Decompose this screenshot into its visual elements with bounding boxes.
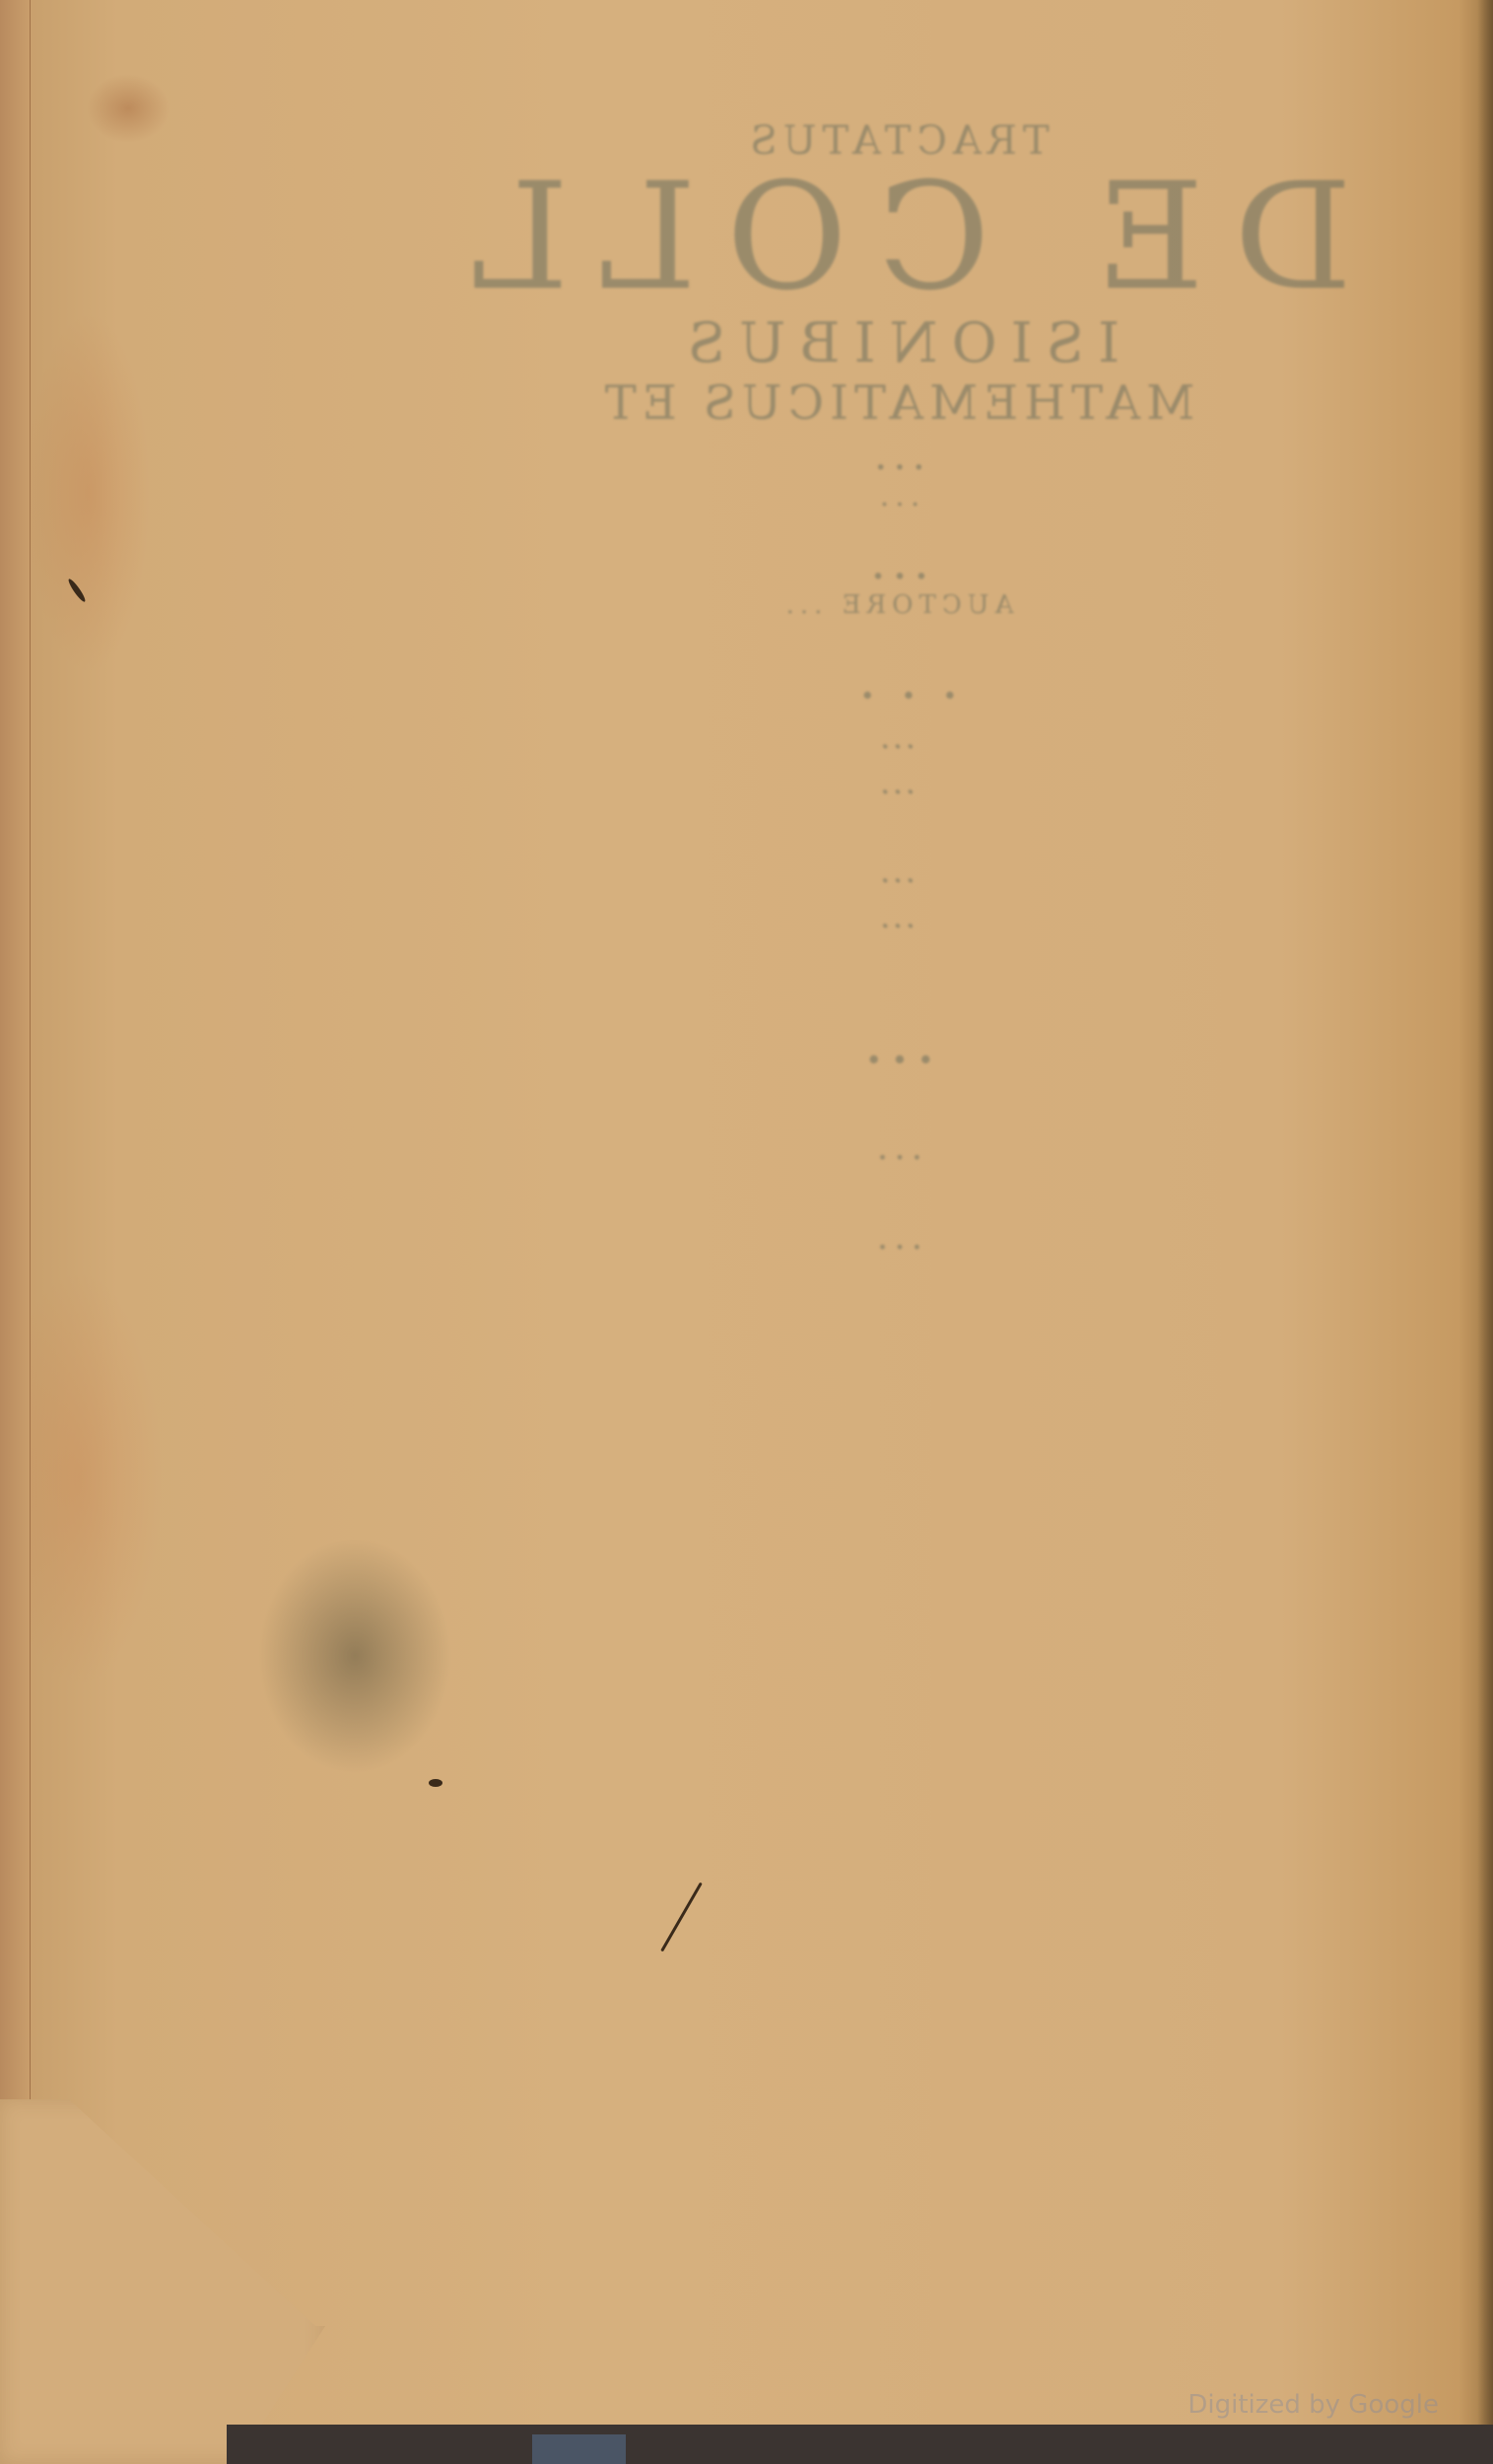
folded-page-corner [0, 2099, 325, 2464]
paper-crease-mark [660, 1882, 703, 1952]
showthrough-line: ... [325, 763, 1468, 802]
showthrough-line: AUCTORE ... [325, 590, 1468, 620]
digitization-watermark: Digitized by Google [1188, 2390, 1439, 2420]
showthrough-line: ... [325, 1128, 1468, 1168]
showthrough-line: ... [325, 852, 1468, 891]
showthrough-line: ... [325, 897, 1468, 936]
scan-background-block [532, 2434, 626, 2464]
showthrough-line: ... [325, 1217, 1468, 1258]
scanned-page: TRACTATUS DE COLL ISIONIBUS MATHEMATICUS… [0, 0, 1493, 2464]
showthrough-line: ... [325, 533, 1468, 590]
paper-speck [67, 578, 88, 603]
showthrough-line: ... [325, 431, 1468, 479]
showthrough-line: ... [325, 718, 1468, 757]
showthrough-line: DE COLL [325, 164, 1468, 311]
scan-background-band [227, 2425, 1493, 2464]
showthrough-line: MATHEMATICUS ET [325, 376, 1468, 431]
page-right-edge [1477, 0, 1493, 2464]
showthrough-line: ... [325, 648, 1468, 712]
showthrough-line: ... [325, 479, 1468, 513]
binding-edge [0, 0, 31, 2464]
paper-speck [429, 1779, 442, 1787]
mirrored-show-through-text: TRACTATUS DE COLL ISIONIBUS MATHEMATICUS… [325, 118, 1468, 1258]
showthrough-line: ... [325, 1005, 1468, 1078]
